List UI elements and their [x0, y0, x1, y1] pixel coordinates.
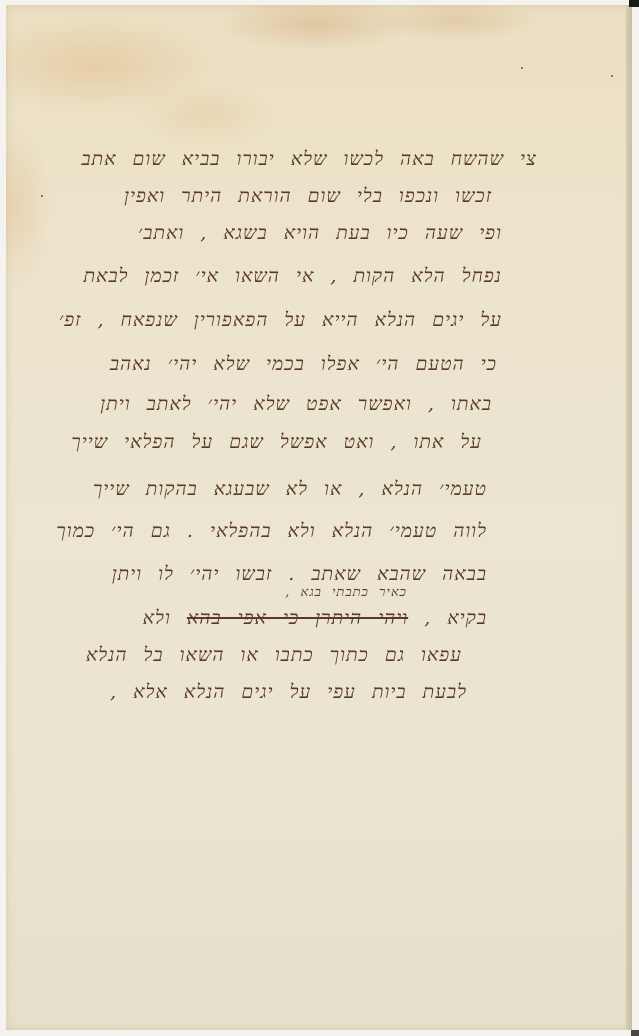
scan-corner-top-right [629, 0, 639, 7]
manuscript-line-9: טעמי׳ הנלא , או לא שבעגא בהקות שייך [93, 480, 487, 499]
manuscript-line-6: כי הטעם הי׳ אפלו בכמי שלא יהי׳ נאהב [110, 355, 497, 374]
manuscript-line-4: נפחל הלא הקות , אי השאו אי׳ זכמן לבאת [83, 267, 502, 286]
paper-speck [41, 195, 43, 197]
scanned-page: צי שהשח באה לכשו שלא יבורו בביא שום אתב … [0, 0, 639, 1036]
manuscript-line-7: באתו , ואפשר אפט שלא יהי׳ לאתב ויתן [100, 395, 492, 414]
manuscript-line-8: על אתו , ואט אפשל שגם על הפלאי שייך [71, 433, 482, 452]
manuscript-line-5: על יגים הנלא הייא על הפאפורין שנפאח , זפ… [59, 311, 502, 330]
manuscript-line-1: צי שהשח באה לכשו שלא יבורו בביא שום אתב [81, 150, 537, 169]
page-right-edge [626, 5, 632, 1030]
struck-out-text: ויהי היתרן כי אפי בהא [187, 607, 408, 629]
paper-speck [521, 67, 523, 69]
paper-speck [611, 75, 613, 77]
interlinear-insertion: כאיר כתבתי בגא , [285, 586, 407, 599]
line-12-prefix: בקיא , [424, 607, 487, 629]
scan-corner-bottom-right [631, 1030, 639, 1036]
line-12-suffix: ולא [143, 607, 171, 629]
manuscript-line-14: לבעת ביות עפי על יגים הנלא אלא , [110, 683, 467, 702]
manuscript-line-2: זכשו ונכפו בלי שום הוראת היתר ואפין [124, 187, 492, 206]
manuscript-line-11: בבאה שהבא שאתב . זבשו יהי׳ לו ויתן [112, 565, 487, 584]
manuscript-line-12: בקיא , ויהי היתרן כי אפי בהא ולא [143, 609, 487, 628]
manuscript-sheet: צי שהשח באה לכשו שלא יבורו בביא שום אתב … [6, 5, 632, 1030]
manuscript-line-13: עפאו גם כתוך כתבו או השאו בל הנלא [86, 646, 462, 665]
manuscript-line-3: ופי שעה כיו בעת הויא בשגא , ואתב׳ [138, 224, 502, 243]
manuscript-line-10: לווה טעמי׳ הנלא ולא בהפלאי . גם הי׳ כמוך [56, 522, 487, 541]
